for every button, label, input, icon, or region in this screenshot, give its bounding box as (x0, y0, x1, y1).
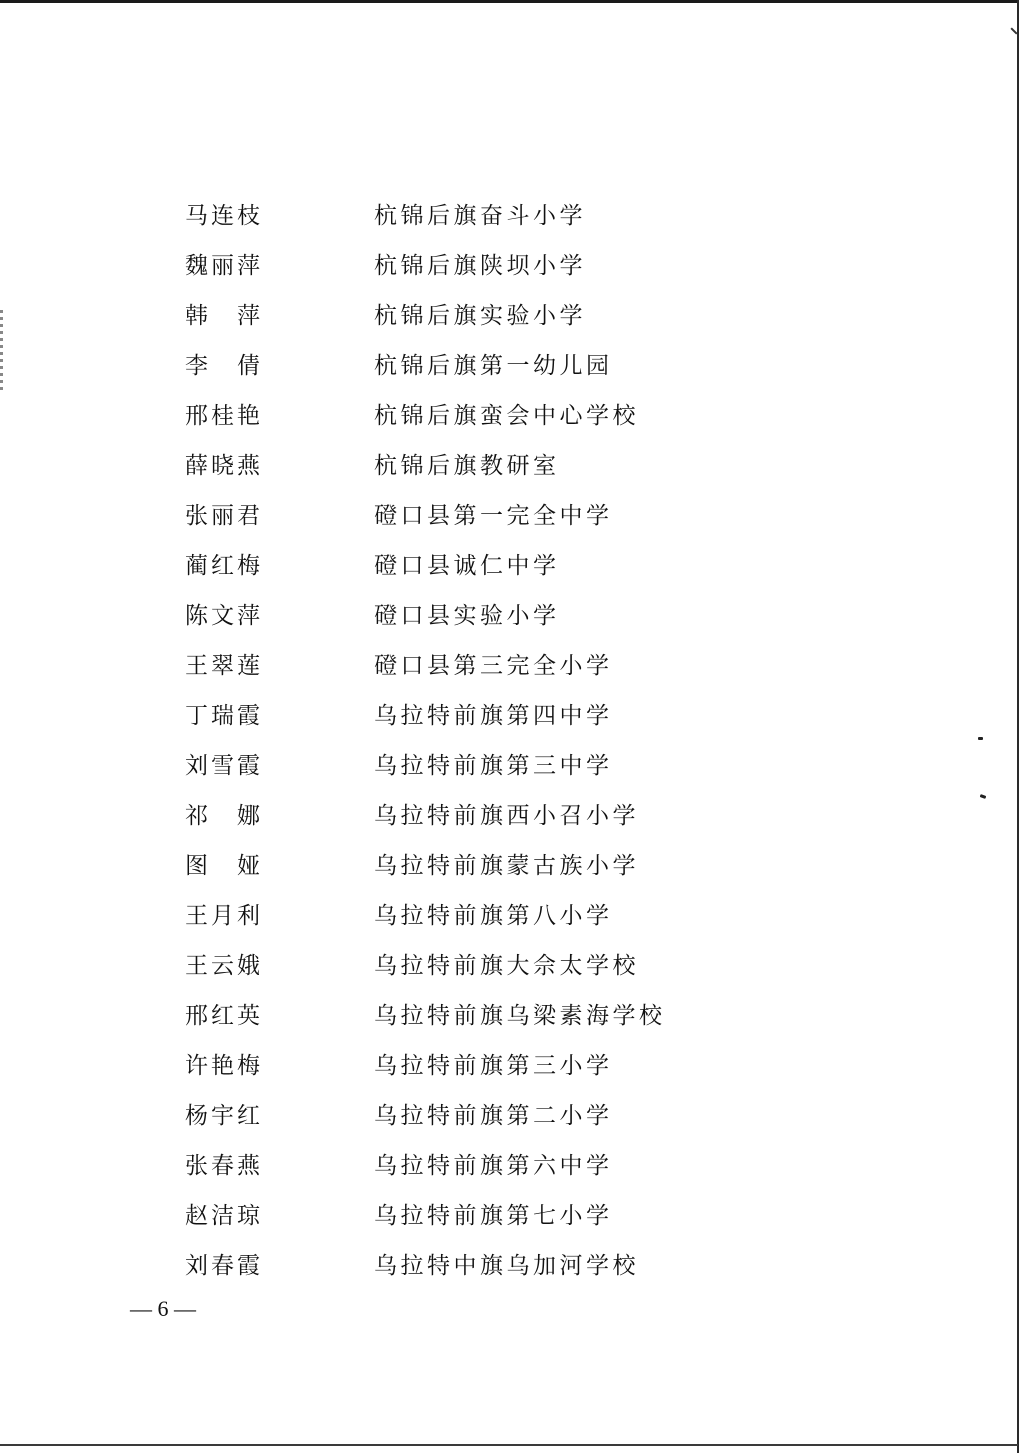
school-name: 乌拉特前旗第三小学 (374, 1051, 613, 1081)
list-item: 王云娥 乌拉特前旗大佘太学校 (0, 951, 800, 991)
person-name: 祁 娜 (185, 801, 263, 831)
school-name: 乌拉特前旗第四中学 (374, 701, 613, 731)
person-name: 张春燕 (185, 1151, 263, 1181)
list-item: 刘春霞 乌拉特中旗乌加河学校 (0, 1251, 800, 1291)
school-name: 乌拉特前旗大佘太学校 (374, 951, 639, 981)
school-name: 杭锦后旗教研室 (374, 451, 560, 481)
person-name: 刘雪霞 (185, 751, 263, 781)
school-name: 杭锦后旗蛮会中心学校 (374, 401, 639, 431)
person-name: 张丽君 (185, 501, 263, 531)
school-name: 乌拉特前旗第七小学 (374, 1201, 613, 1231)
list-item: 邢桂艳 杭锦后旗蛮会中心学校 (0, 401, 800, 441)
person-name: 邢桂艳 (185, 401, 263, 431)
school-name: 杭锦后旗实验小学 (374, 301, 586, 331)
scan-speck (980, 794, 987, 799)
school-name: 乌拉特前旗第八小学 (374, 901, 613, 931)
list-item: 王翠莲 磴口县第三完全小学 (0, 651, 800, 691)
list-item: 邢红英 乌拉特前旗乌梁素海学校 (0, 1001, 800, 1041)
school-name: 磴口县第一完全中学 (374, 501, 613, 531)
document-page: 马连枝 杭锦后旗奋斗小学 魏丽萍 杭锦后旗陕坝小学 韩 萍 杭锦后旗实验小学 李… (0, 0, 1024, 1453)
list-item: 薛晓燕 杭锦后旗教研室 (0, 451, 800, 491)
scan-border-right (1017, 0, 1019, 1453)
school-name: 乌拉特前旗第六中学 (374, 1151, 613, 1181)
list-item: 李 倩 杭锦后旗第一幼儿园 (0, 351, 800, 391)
list-item: 祁 娜 乌拉特前旗西小召小学 (0, 801, 800, 841)
school-name: 乌拉特中旗乌加河学校 (374, 1251, 639, 1281)
school-name: 乌拉特前旗乌梁素海学校 (374, 1001, 666, 1031)
person-name: 陈文萍 (185, 601, 263, 631)
list-item: 赵洁琼 乌拉特前旗第七小学 (0, 1201, 800, 1241)
list-item: 韩 萍 杭锦后旗实验小学 (0, 301, 800, 341)
scan-border-top (0, 0, 1018, 3)
list-item: 陈文萍 磴口县实验小学 (0, 601, 800, 641)
person-name: 马连枝 (185, 201, 263, 231)
person-name: 邢红英 (185, 1001, 263, 1031)
list-item: 张丽君 磴口县第一完全中学 (0, 501, 800, 541)
person-name: 赵洁琼 (185, 1201, 263, 1231)
list-item: 王月利 乌拉特前旗第八小学 (0, 901, 800, 941)
scan-speck (978, 737, 983, 740)
person-name: 杨宇红 (185, 1101, 263, 1131)
list-item: 杨宇红 乌拉特前旗第二小学 (0, 1101, 800, 1141)
list-item: 魏丽萍 杭锦后旗陕坝小学 (0, 251, 800, 291)
school-name: 杭锦后旗奋斗小学 (374, 201, 586, 231)
person-name: 李 倩 (185, 351, 263, 381)
school-name: 磴口县实验小学 (374, 601, 560, 631)
person-name: 王翠莲 (185, 651, 263, 681)
person-name: 王月利 (185, 901, 263, 931)
person-name: 丁瑞霞 (185, 701, 263, 731)
school-name: 磴口县诚仁中学 (374, 551, 560, 581)
school-name: 杭锦后旗陕坝小学 (374, 251, 586, 281)
list-item: 图 娅 乌拉特前旗蒙古族小学 (0, 851, 800, 891)
person-name: 蔺红梅 (185, 551, 263, 581)
list-item: 蔺红梅 磴口县诚仁中学 (0, 551, 800, 591)
school-name: 乌拉特前旗第三中学 (374, 751, 613, 781)
school-name: 乌拉特前旗第二小学 (374, 1101, 613, 1131)
person-name: 韩 萍 (185, 301, 263, 331)
person-name: 图 娅 (185, 851, 263, 881)
list-item: 马连枝 杭锦后旗奋斗小学 (0, 201, 800, 241)
list-item: 丁瑞霞 乌拉特前旗第四中学 (0, 701, 800, 741)
school-name: 乌拉特前旗蒙古族小学 (374, 851, 639, 881)
list-item: 张春燕 乌拉特前旗第六中学 (0, 1151, 800, 1191)
person-name: 刘春霞 (185, 1251, 263, 1281)
list-item: 刘雪霞 乌拉特前旗第三中学 (0, 751, 800, 791)
person-name: 魏丽萍 (185, 251, 263, 281)
page-number: — 6 — (130, 1294, 196, 1324)
scan-border-bottom (0, 1444, 1018, 1446)
person-name: 许艳梅 (185, 1051, 263, 1081)
person-name: 薛晓燕 (185, 451, 263, 481)
school-name: 乌拉特前旗西小召小学 (374, 801, 639, 831)
school-name: 杭锦后旗第一幼儿园 (374, 351, 613, 381)
school-name: 磴口县第三完全小学 (374, 651, 613, 681)
person-name: 王云娥 (185, 951, 263, 981)
list-item: 许艳梅 乌拉特前旗第三小学 (0, 1051, 800, 1091)
